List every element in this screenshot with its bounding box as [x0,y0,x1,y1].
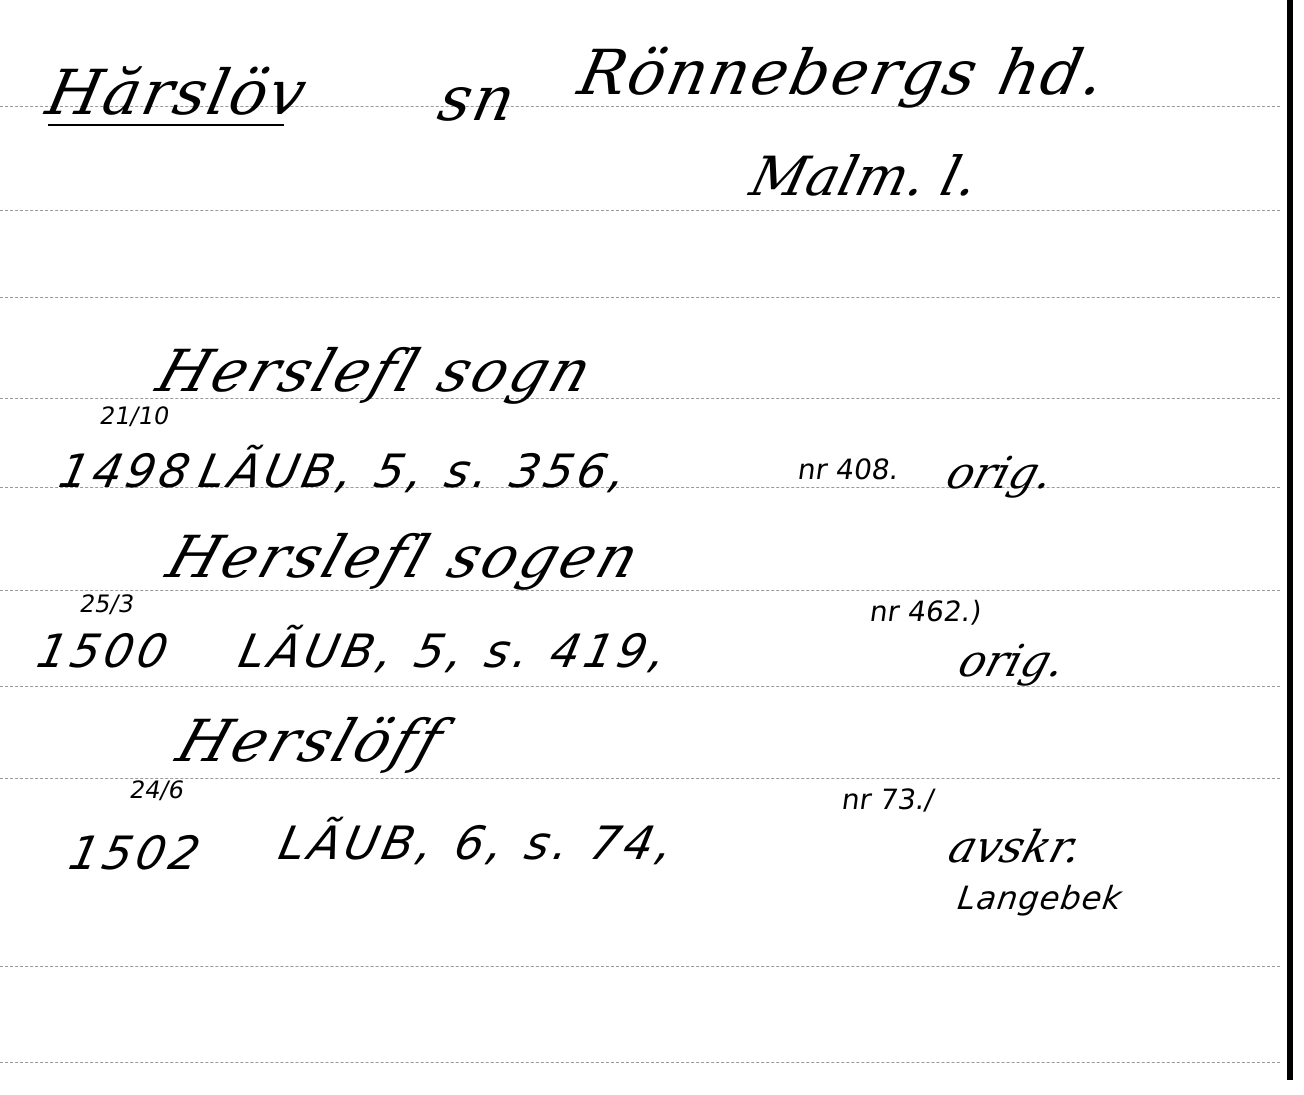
entry-nr: nr 73./ [840,786,936,814]
entry-form: Herslöff [171,712,453,770]
entry-year: 1498 [55,448,198,494]
heading-parish-abbrev: sn [433,68,522,130]
entry-date: 21/10 [98,404,171,428]
entry-nr: nr 462.) [868,598,983,626]
ruled-line [0,1062,1280,1063]
heading-county: Malm. l. [745,150,983,204]
entry-reference: LÃUB, 5, s. 356, [195,448,634,494]
entry-form: Herslefl sogn [151,342,602,400]
entry-reference: LÃUB, 5, s. 419, [235,628,674,674]
ruled-line [0,210,1280,211]
entry-date: 24/6 [128,778,186,802]
ruled-line [0,487,1280,488]
heading-district: Rönnebergs hd. [573,42,1111,104]
entry-note: orig. [954,640,1070,684]
card-edge [1287,0,1293,1080]
entry-reference: LÃUB, 6, s. 74, [275,820,681,866]
entry-date: 25/3 [78,592,136,616]
ruled-line [0,778,1280,779]
entry-year: 1502 [65,830,208,876]
heading-underline [48,124,284,126]
ruled-line [0,966,1280,967]
entry-year: 1500 [33,628,176,674]
ruled-line [0,686,1280,687]
entry-note: orig. [942,452,1058,496]
entry-note-source: Langebek [956,882,1125,914]
entry-note: avskr. [944,826,1087,870]
entry-form: Herslefl sogen [161,528,649,586]
index-card: Hărslöv sn Rönnebergs hd. Malm. l. Hersl… [0,0,1304,1095]
entry-nr: nr 408. [796,456,900,484]
ruled-line [0,297,1280,298]
heading-place-name: Hărslöv [41,62,313,124]
